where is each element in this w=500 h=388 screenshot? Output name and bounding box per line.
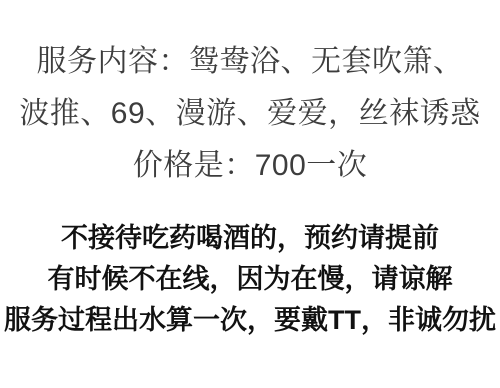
service-info-block: 服务内容：鸳鸯浴、无套吹箫、 波推、69、漫游、爱爱，丝袜诱惑 价格是：700一… [0, 0, 500, 192]
price-line: 价格是：700一次 [0, 140, 500, 192]
service-content-line: 服务内容：鸳鸯浴、无套吹箫、 [0, 36, 500, 88]
service-content-line: 波推、69、漫游、爱爱，丝袜诱惑 [0, 88, 500, 140]
rules-line: 有时候不在线，因为在慢，请谅解 [0, 259, 500, 300]
rules-notice-block: 不接待吃药喝酒的，预约请提前 有时候不在线，因为在慢，请谅解 服务过程出水算一次… [0, 192, 500, 341]
rules-line: 服务过程出水算一次，要戴TT，非诚勿扰 [0, 300, 500, 341]
rules-line: 不接待吃药喝酒的，预约请提前 [0, 218, 500, 259]
text-notice-image: 服务内容：鸳鸯浴、无套吹箫、 波推、69、漫游、爱爱，丝袜诱惑 价格是：700一… [0, 0, 500, 388]
